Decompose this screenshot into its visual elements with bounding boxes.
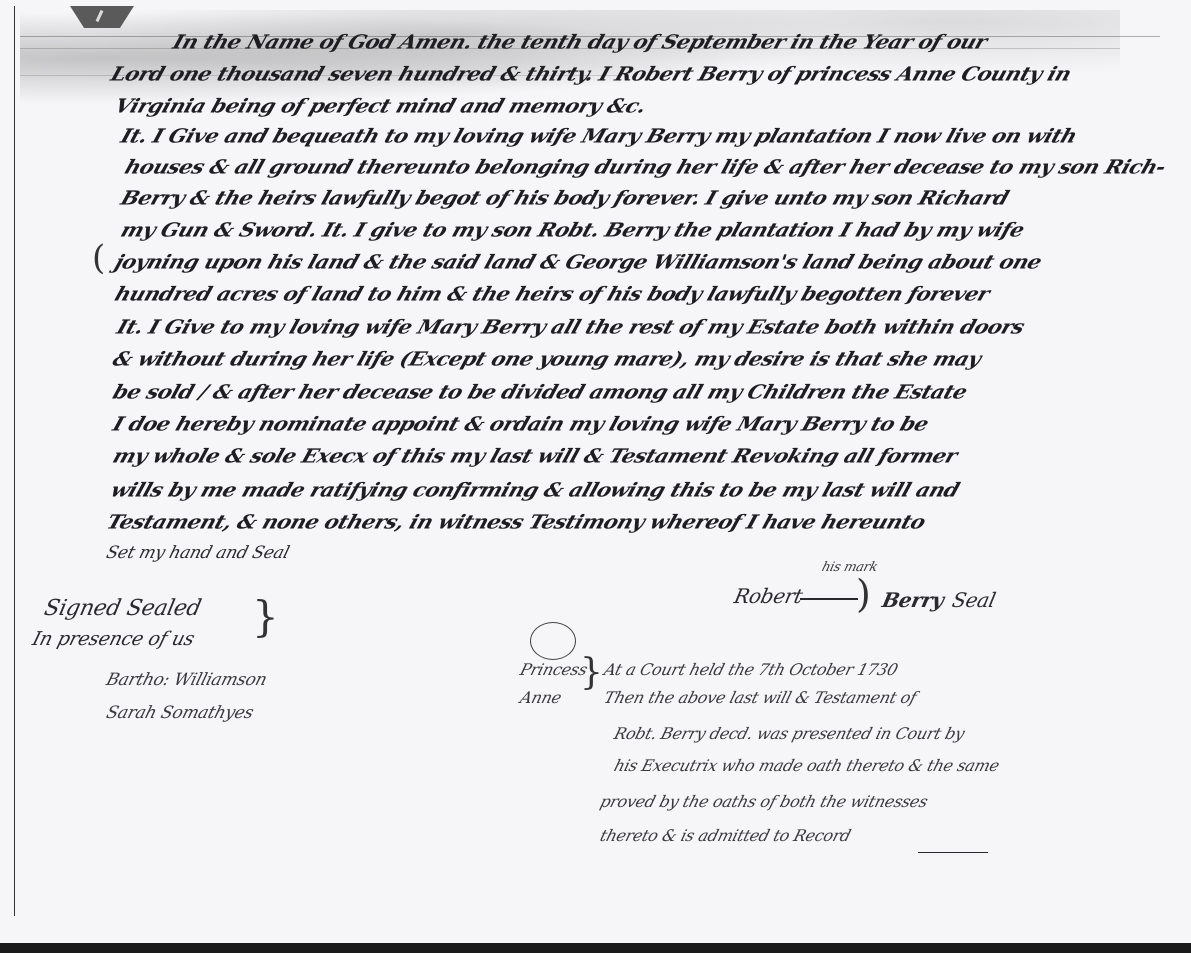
signature-seal: Seal [950,588,998,612]
scanned-document-page: In the Name of God Amen. the tenth day o… [0,0,1191,943]
page-edge-line [14,6,15,916]
will-line-11: & without during her life (Except one yo… [110,347,984,370]
probate-flourish-loop [530,622,576,660]
signature-mark-bracket: ) [856,572,871,616]
will-line-2: Lord one thousand seven hundred & thirty… [108,62,1074,85]
will-line-7: my Gun & Sword. It. I give to my son Rob… [118,218,1027,241]
probate-line-1: At a Court held the 7th October 1730 [602,660,900,679]
signature-first-name: Robert [732,584,805,608]
signature-mark-line [800,598,858,600]
signature-last-name: Berry [880,588,946,612]
scanner-bottom-edge [0,943,1191,953]
probate-line-6: thereto & is admitted to Record [598,826,853,845]
will-line-4: It. I Give and bequeath to my loving wif… [118,124,1080,147]
witness-2: Sarah Somathyes [104,703,256,723]
will-line-10: It. I Give to my loving wife Mary Berry … [114,315,1027,338]
probate-flourish-underline [918,852,988,853]
will-line-14: my whole & sole Execx of this my last wi… [110,444,960,467]
witness-heading-signed-sealed: Signed Sealed [42,596,203,621]
probate-margin-county-2: Anne [518,688,564,707]
will-line-13: I doe hereby nominate appoint & ordain m… [110,412,932,435]
will-line-6: Berry & the heirs lawfully begot of his … [118,186,1012,209]
will-line-9: hundred acres of land to him & the heirs… [112,282,992,305]
probate-brace: } [580,652,603,693]
will-line-5: houses & all ground thereunto belonging … [122,155,1169,178]
will-line-16: Testament, & none others, in witness Tes… [104,510,928,533]
will-line-17: Set my hand and Seal [104,543,291,563]
witness-1: Bartho: Williamson [104,670,269,690]
probate-margin-county-1: Princess [518,660,589,679]
probate-line-5: proved by the oaths of both the witnesse… [598,792,930,811]
will-line-12: be sold / & after her decease to be divi… [110,380,970,403]
probate-line-4: his Executrix who made oath thereto & th… [612,756,1001,775]
margin-bracket: ( [92,238,105,278]
corner-binding-mark [70,6,134,28]
probate-line-3: Robt. Berry decd. was presented in Court… [612,724,967,743]
will-line-3: Virginia being of perfect mind and memor… [112,94,649,117]
witness-heading-presence: In presence of us [30,628,197,650]
will-line-1: In the Name of God Amen. the tenth day o… [170,30,990,53]
will-line-15: wills by me made ratifying confirming & … [108,478,962,501]
witness-brace: } [252,592,279,641]
probate-line-2: Then the above last will & Testament of [602,688,918,707]
will-line-8: joyning upon his land & the said land & … [112,250,1045,273]
